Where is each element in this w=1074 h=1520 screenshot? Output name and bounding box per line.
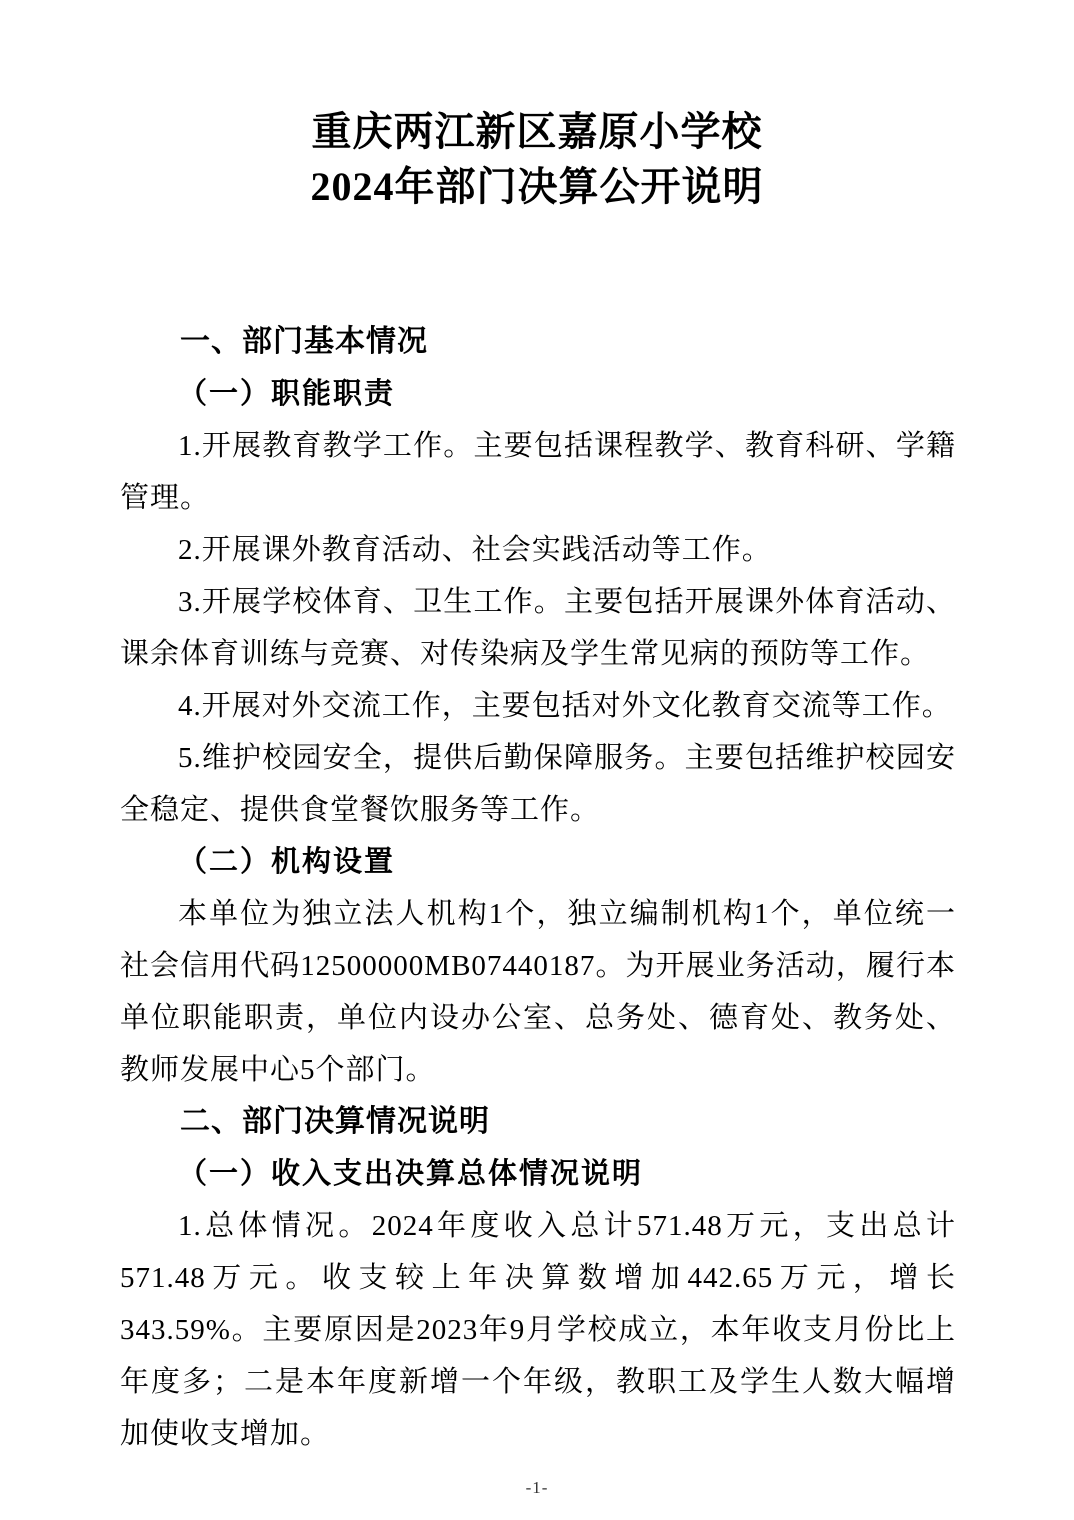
document-title: 重庆两江新区嘉原小学校 2024年部门决算公开说明 xyxy=(0,104,1074,214)
body-paragraph: 2.开展课外教育活动、社会实践活动等工作。 xyxy=(120,524,956,576)
body-paragraph: 3.开展学校体育、卫生工作。主要包括开展课外体育活动、课余体育训练与竞赛、对传染… xyxy=(120,576,956,680)
subsection-heading: （二）机构设置 xyxy=(120,836,956,888)
document-page: 重庆两江新区嘉原小学校 2024年部门决算公开说明 一、部门基本情况（一）职能职… xyxy=(0,0,1074,1520)
body-paragraph: 4.开展对外交流工作，主要包括对外文化教育交流等工作。 xyxy=(120,680,956,732)
title-line-1: 重庆两江新区嘉原小学校 xyxy=(0,104,1074,159)
body-paragraph: 1.开展教育教学工作。主要包括课程教学、教育科研、学籍管理。 xyxy=(120,420,956,524)
section-heading: 二、部门决算情况说明 xyxy=(120,1096,956,1148)
document-body: 一、部门基本情况（一）职能职责1.开展教育教学工作。主要包括课程教学、教育科研、… xyxy=(120,316,956,1460)
title-line-2: 2024年部门决算公开说明 xyxy=(0,159,1074,214)
body-paragraph: 5.维护校园安全，提供后勤保障服务。主要包括维护校园安全稳定、提供食堂餐饮服务等… xyxy=(120,732,956,836)
page-number: -1- xyxy=(0,1478,1074,1498)
body-paragraph: 本单位为独立法人机构1个，独立编制机构1个，单位统一社会信用代码12500000… xyxy=(120,888,956,1096)
body-paragraph: 1.总体情况。2024年度收入总计571.48万元，支出总计571.48万元。收… xyxy=(120,1200,956,1460)
section-heading: 一、部门基本情况 xyxy=(120,316,956,368)
subsection-heading: （一）职能职责 xyxy=(120,368,956,420)
subsection-heading: （一）收入支出决算总体情况说明 xyxy=(120,1148,956,1200)
